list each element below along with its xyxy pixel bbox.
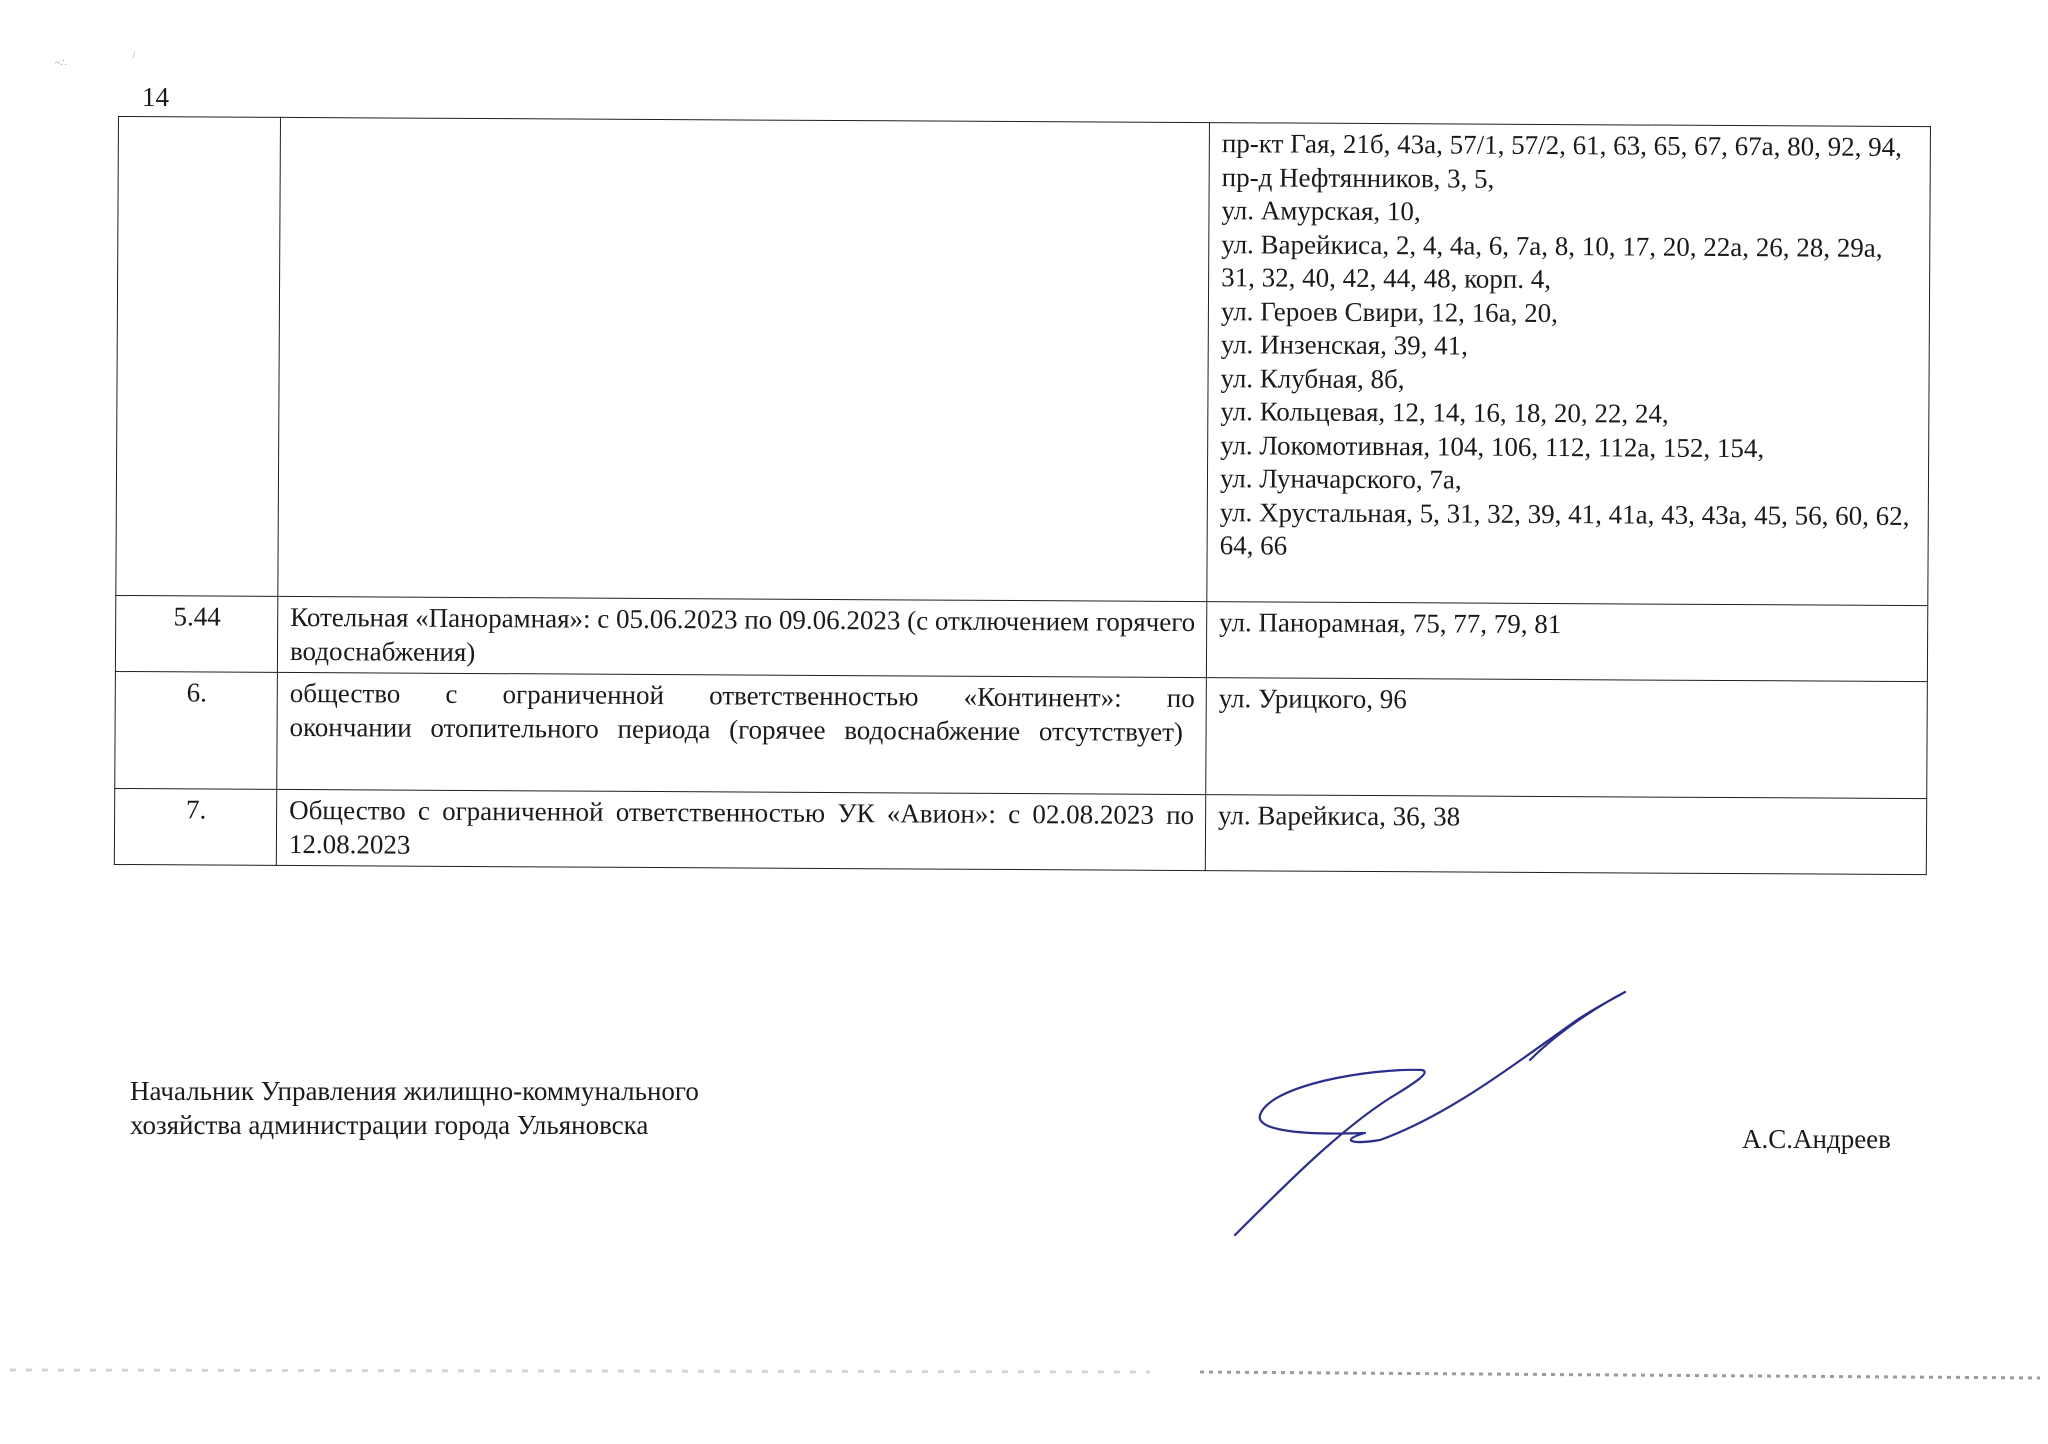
table-row: пр-кт Гая, 21б, 43а, 57/1, 57/2, 61, 63,… xyxy=(116,117,1931,606)
address-line: ул. Клубная, 8б, xyxy=(1220,362,1917,399)
row-description: общество с ограниченной ответственностью… xyxy=(277,672,1207,794)
row-addresses: ул. Панорамная, 75, 77, 79, 81 xyxy=(1206,602,1927,682)
signer-position-line-2: хозяйства администрации города Ульяновск… xyxy=(130,1108,830,1142)
row-description xyxy=(278,117,1210,601)
address-line: ул. Амурская, 10, xyxy=(1221,194,1918,231)
signer-name: А.С.Андреев xyxy=(1742,1124,1891,1155)
signer-position: Начальник Управления жилищно-коммунально… xyxy=(130,1074,830,1142)
address-line: ул. Варейкиса, 36, 38 xyxy=(1218,799,1915,836)
row-number: 5.44 xyxy=(115,595,277,672)
address-line: ул. Инзенская, 39, 41, xyxy=(1221,328,1918,365)
scan-artifact: ~∴ xyxy=(55,58,67,69)
scan-artifact: \ xyxy=(129,50,138,61)
row-addresses: ул. Урицкого, 96 xyxy=(1206,678,1928,799)
address-line: ул. Луначарского, 7а, xyxy=(1220,462,1917,499)
address-line: ул. Варейкиса, 2, 4, 4а, 6, 7а, 8, 10, 1… xyxy=(1221,228,1918,299)
page-number: 14 xyxy=(142,82,169,113)
schedule-table: пр-кт Гая, 21б, 43а, 57/1, 57/2, 61, 63,… xyxy=(114,116,1931,875)
address-line: пр-д Нефтянников, 3, 5, xyxy=(1222,161,1919,198)
address-line: ул. Локомотивная, 104, 106, 112, 112а, 1… xyxy=(1220,429,1917,466)
address-line: ул. Панорамная, 75, 77, 79, 81 xyxy=(1219,606,1916,643)
signer-position-line-1: Начальник Управления жилищно-коммунально… xyxy=(130,1074,830,1108)
address-line: ул. Хрустальная, 5, 31, 32, 39, 41, 41а,… xyxy=(1220,496,1917,567)
row-number xyxy=(116,117,281,597)
scan-artifact xyxy=(0,1358,2048,1388)
address-line: пр-кт Гая, 21б, 43а, 57/1, 57/2, 61, 63,… xyxy=(1222,127,1919,164)
row-addresses: ул. Варейкиса, 36, 38 xyxy=(1205,795,1926,875)
table-row: 6. общество с ограниченной ответственнос… xyxy=(115,671,1928,798)
address-line: ул. Кольцевая, 12, 14, 16, 18, 20, 22, 2… xyxy=(1220,395,1917,432)
row-addresses: пр-кт Гая, 21б, 43а, 57/1, 57/2, 61, 63,… xyxy=(1207,123,1931,606)
row-number: 7. xyxy=(114,788,276,865)
row-description: Общество с ограниченной ответственностью… xyxy=(276,789,1205,870)
row-description: Котельная «Панорамная»: с 05.06.2023 по … xyxy=(277,596,1206,677)
handwritten-signature xyxy=(1230,990,1730,1250)
table-row: 5.44 Котельная «Панорамная»: с 05.06.202… xyxy=(115,595,1927,681)
address-line: ул. Героев Свири, 12, 16а, 20, xyxy=(1221,295,1918,332)
table-row: 7. Общество с ограниченной ответственнос… xyxy=(114,788,1926,874)
row-number: 6. xyxy=(115,671,278,789)
address-line: ул. Урицкого, 96 xyxy=(1219,682,1916,719)
